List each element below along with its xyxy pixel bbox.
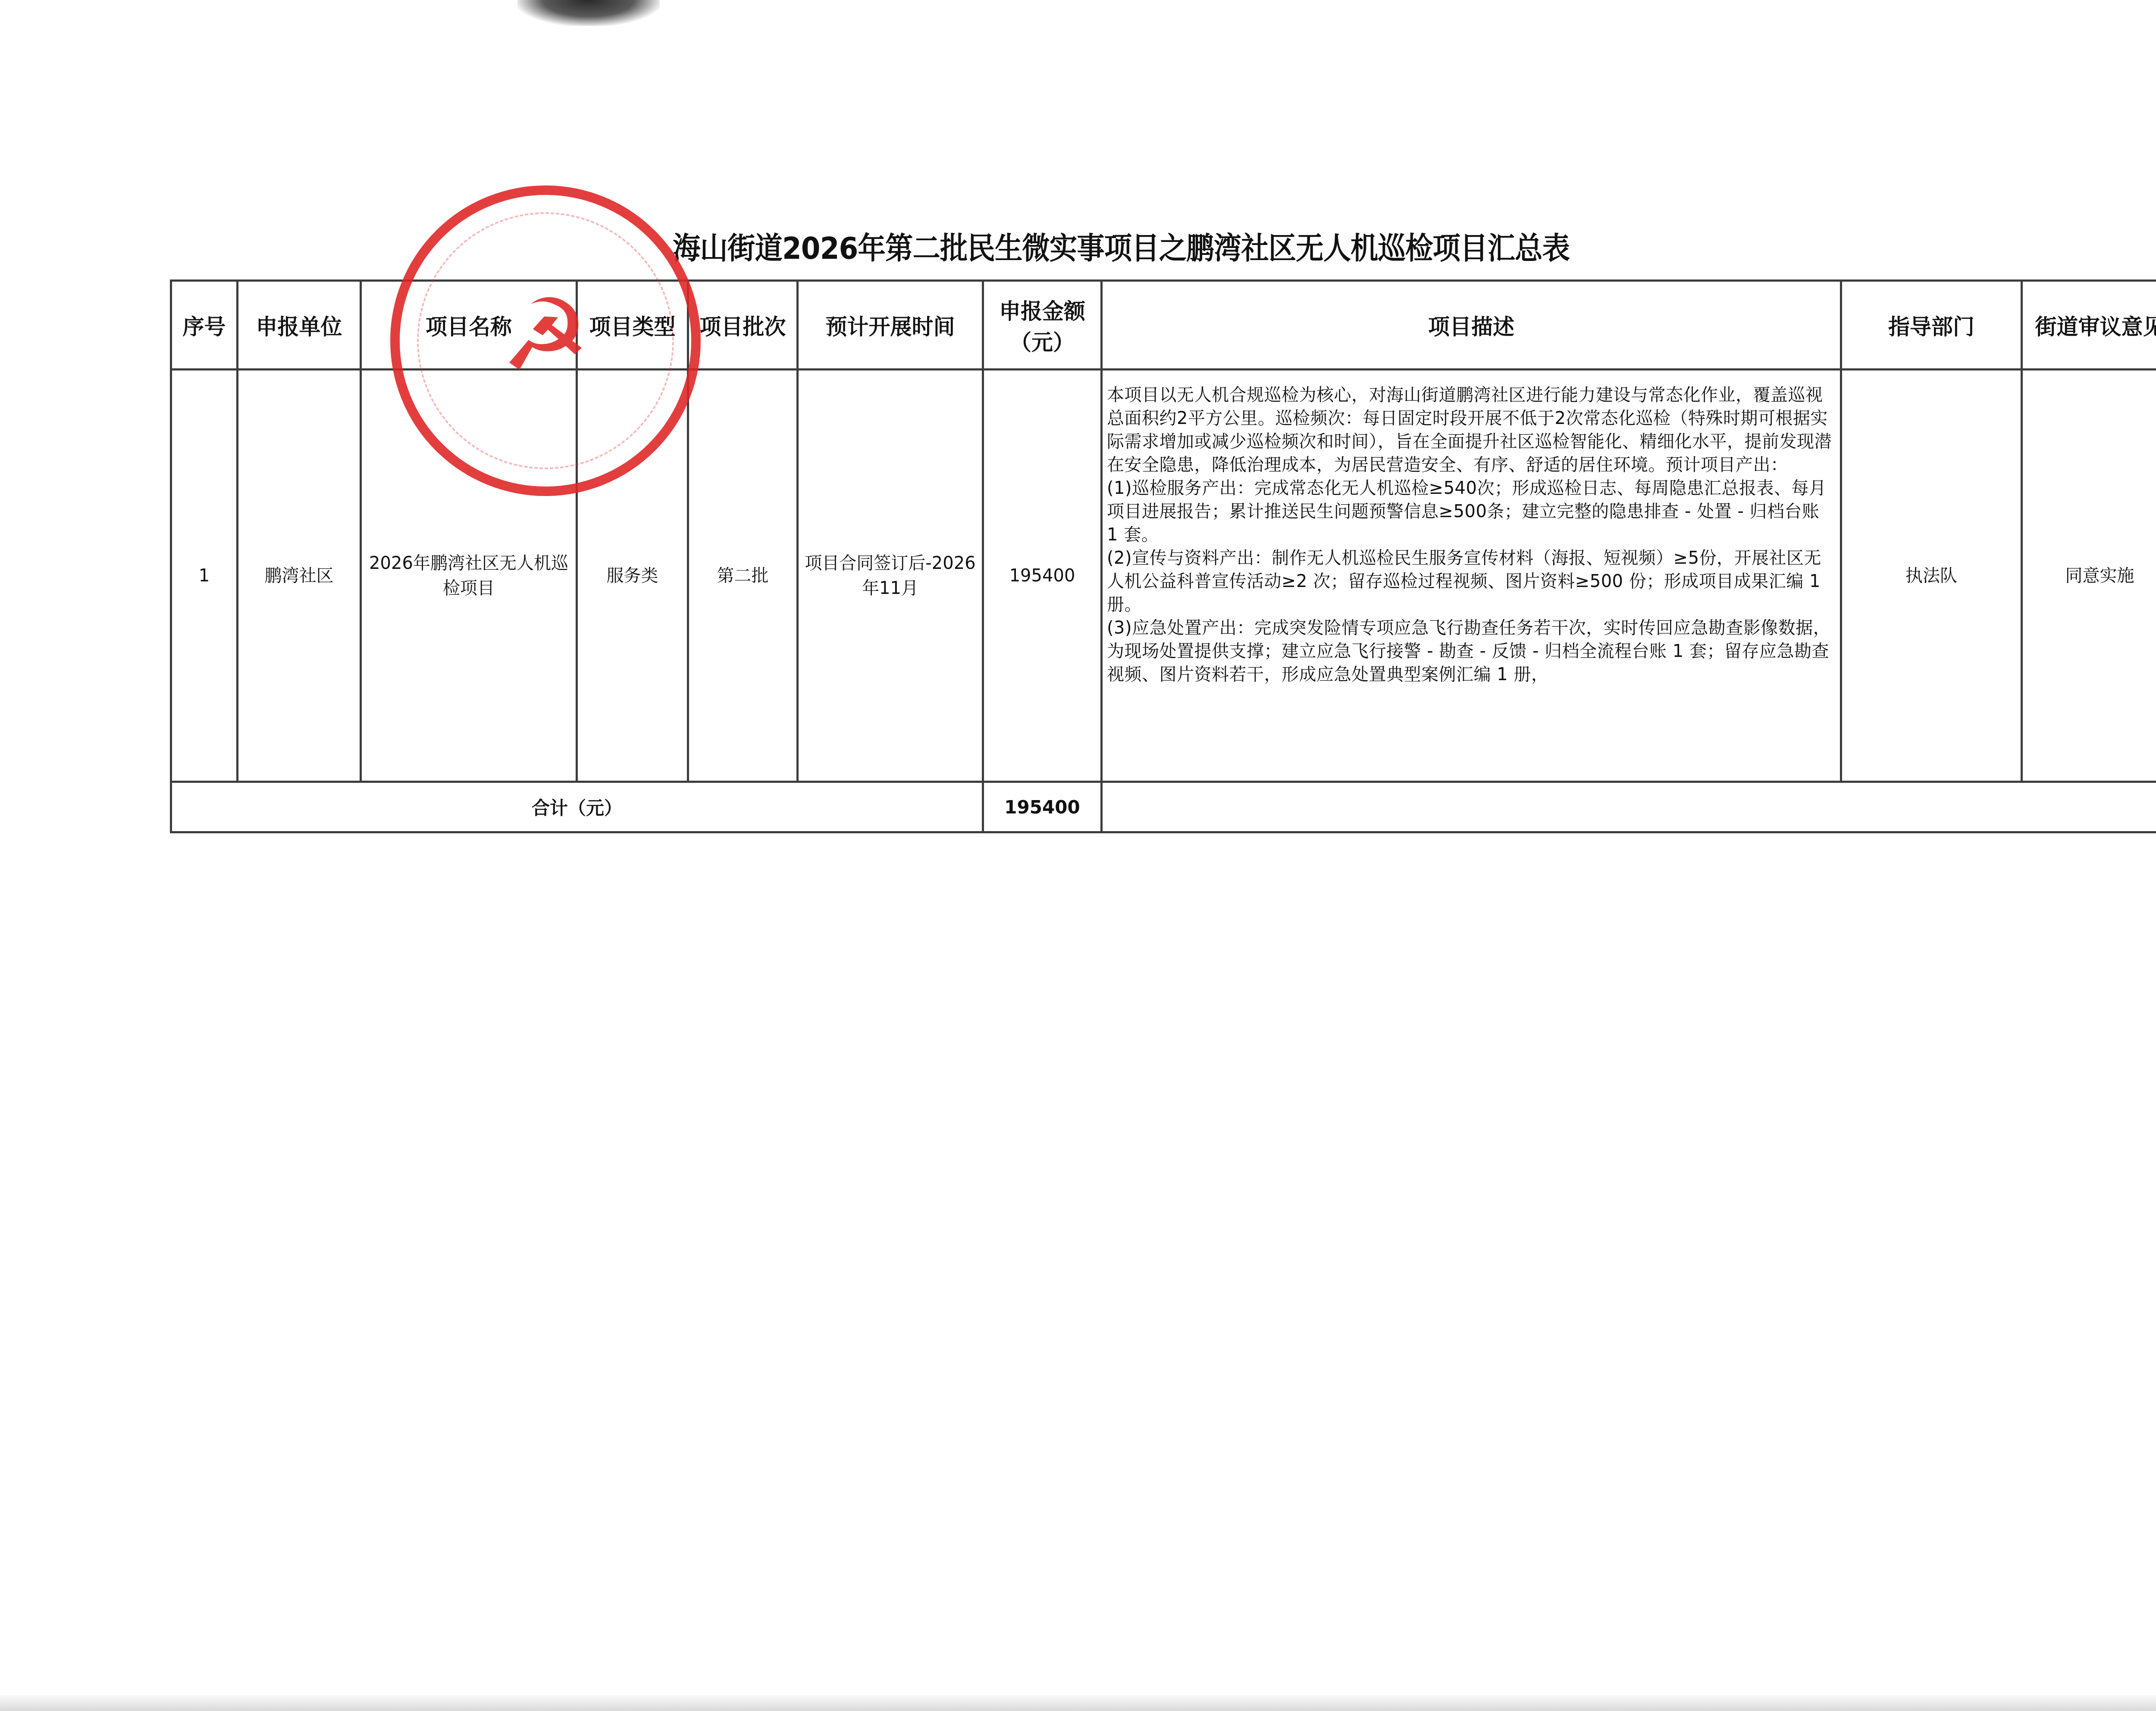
table-header-row: 序号 申报单位 项目名称 项目类型 项目批次 预计开展时间 申报金额（元） 项目…: [171, 281, 2156, 370]
header-schedule: 预计开展时间: [798, 281, 983, 370]
header-description: 项目描述: [1102, 281, 1841, 370]
description-output-2: (2)宣传与资料产出：制作无人机巡检民生服务宣传材料（海报、短视频）≥5份，开展…: [1107, 546, 1834, 616]
cell-description: 本项目以无人机合规巡检为核心，对海山街道鹏湾社区进行能力建设与常态化作业，覆盖巡…: [1102, 370, 1841, 782]
summary-table: 序号 申报单位 项目名称 项目类型 项目批次 预计开展时间 申报金额（元） 项目…: [170, 279, 2156, 833]
header-unit: 申报单位: [238, 281, 361, 370]
document-title: 海山街道2026年第二批民生微实事项目之鹏湾社区无人机巡检项目汇总表: [673, 224, 1688, 267]
cell-schedule: 项目合同签订后-2026年11月: [798, 370, 983, 782]
header-index: 序号: [171, 281, 238, 370]
page-edge: [0, 1695, 2156, 1711]
scan-shadow: [517, 0, 660, 26]
cell-unit: 鹏湾社区: [238, 370, 361, 782]
description-output-3: (3)应急处置产出：完成突发险情专项应急飞行勘查任务若干次，实时传回应急勘查影像…: [1107, 616, 1834, 686]
total-amount: 195400: [983, 782, 1102, 832]
total-label: 合计（元）: [171, 782, 983, 832]
total-row: 合计（元） 195400: [171, 782, 2156, 832]
description-output-1: (1)巡检服务产出：完成常态化无人机巡检≥540次；形成巡检日志、每周隐患汇总报…: [1107, 477, 1834, 546]
cell-opinion: 同意实施: [2022, 370, 2156, 782]
total-blank: [1102, 782, 2156, 832]
cell-name: 2026年鹏湾社区无人机巡检项目: [361, 370, 577, 782]
cell-index: 1: [171, 370, 238, 782]
cell-batch: 第二批: [688, 370, 798, 782]
table-row: 1 鹏湾社区 2026年鹏湾社区无人机巡检项目 服务类 第二批 项目合同签订后-…: [171, 370, 2156, 782]
cell-department: 执法队: [1841, 370, 2022, 782]
cell-type: 服务类: [577, 370, 688, 782]
header-opinion: 街道审议意见: [2022, 281, 2156, 370]
cell-amount: 195400: [983, 370, 1102, 782]
header-batch: 项目批次: [688, 281, 798, 370]
description-intro: 本项目以无人机合规巡检为核心，对海山街道鹏湾社区进行能力建设与常态化作业，覆盖巡…: [1107, 383, 1834, 477]
header-department: 指导部门: [1841, 281, 2022, 370]
header-name: 项目名称: [361, 281, 577, 370]
header-amount: 申报金额（元）: [983, 281, 1102, 370]
header-type: 项目类型: [577, 281, 688, 370]
